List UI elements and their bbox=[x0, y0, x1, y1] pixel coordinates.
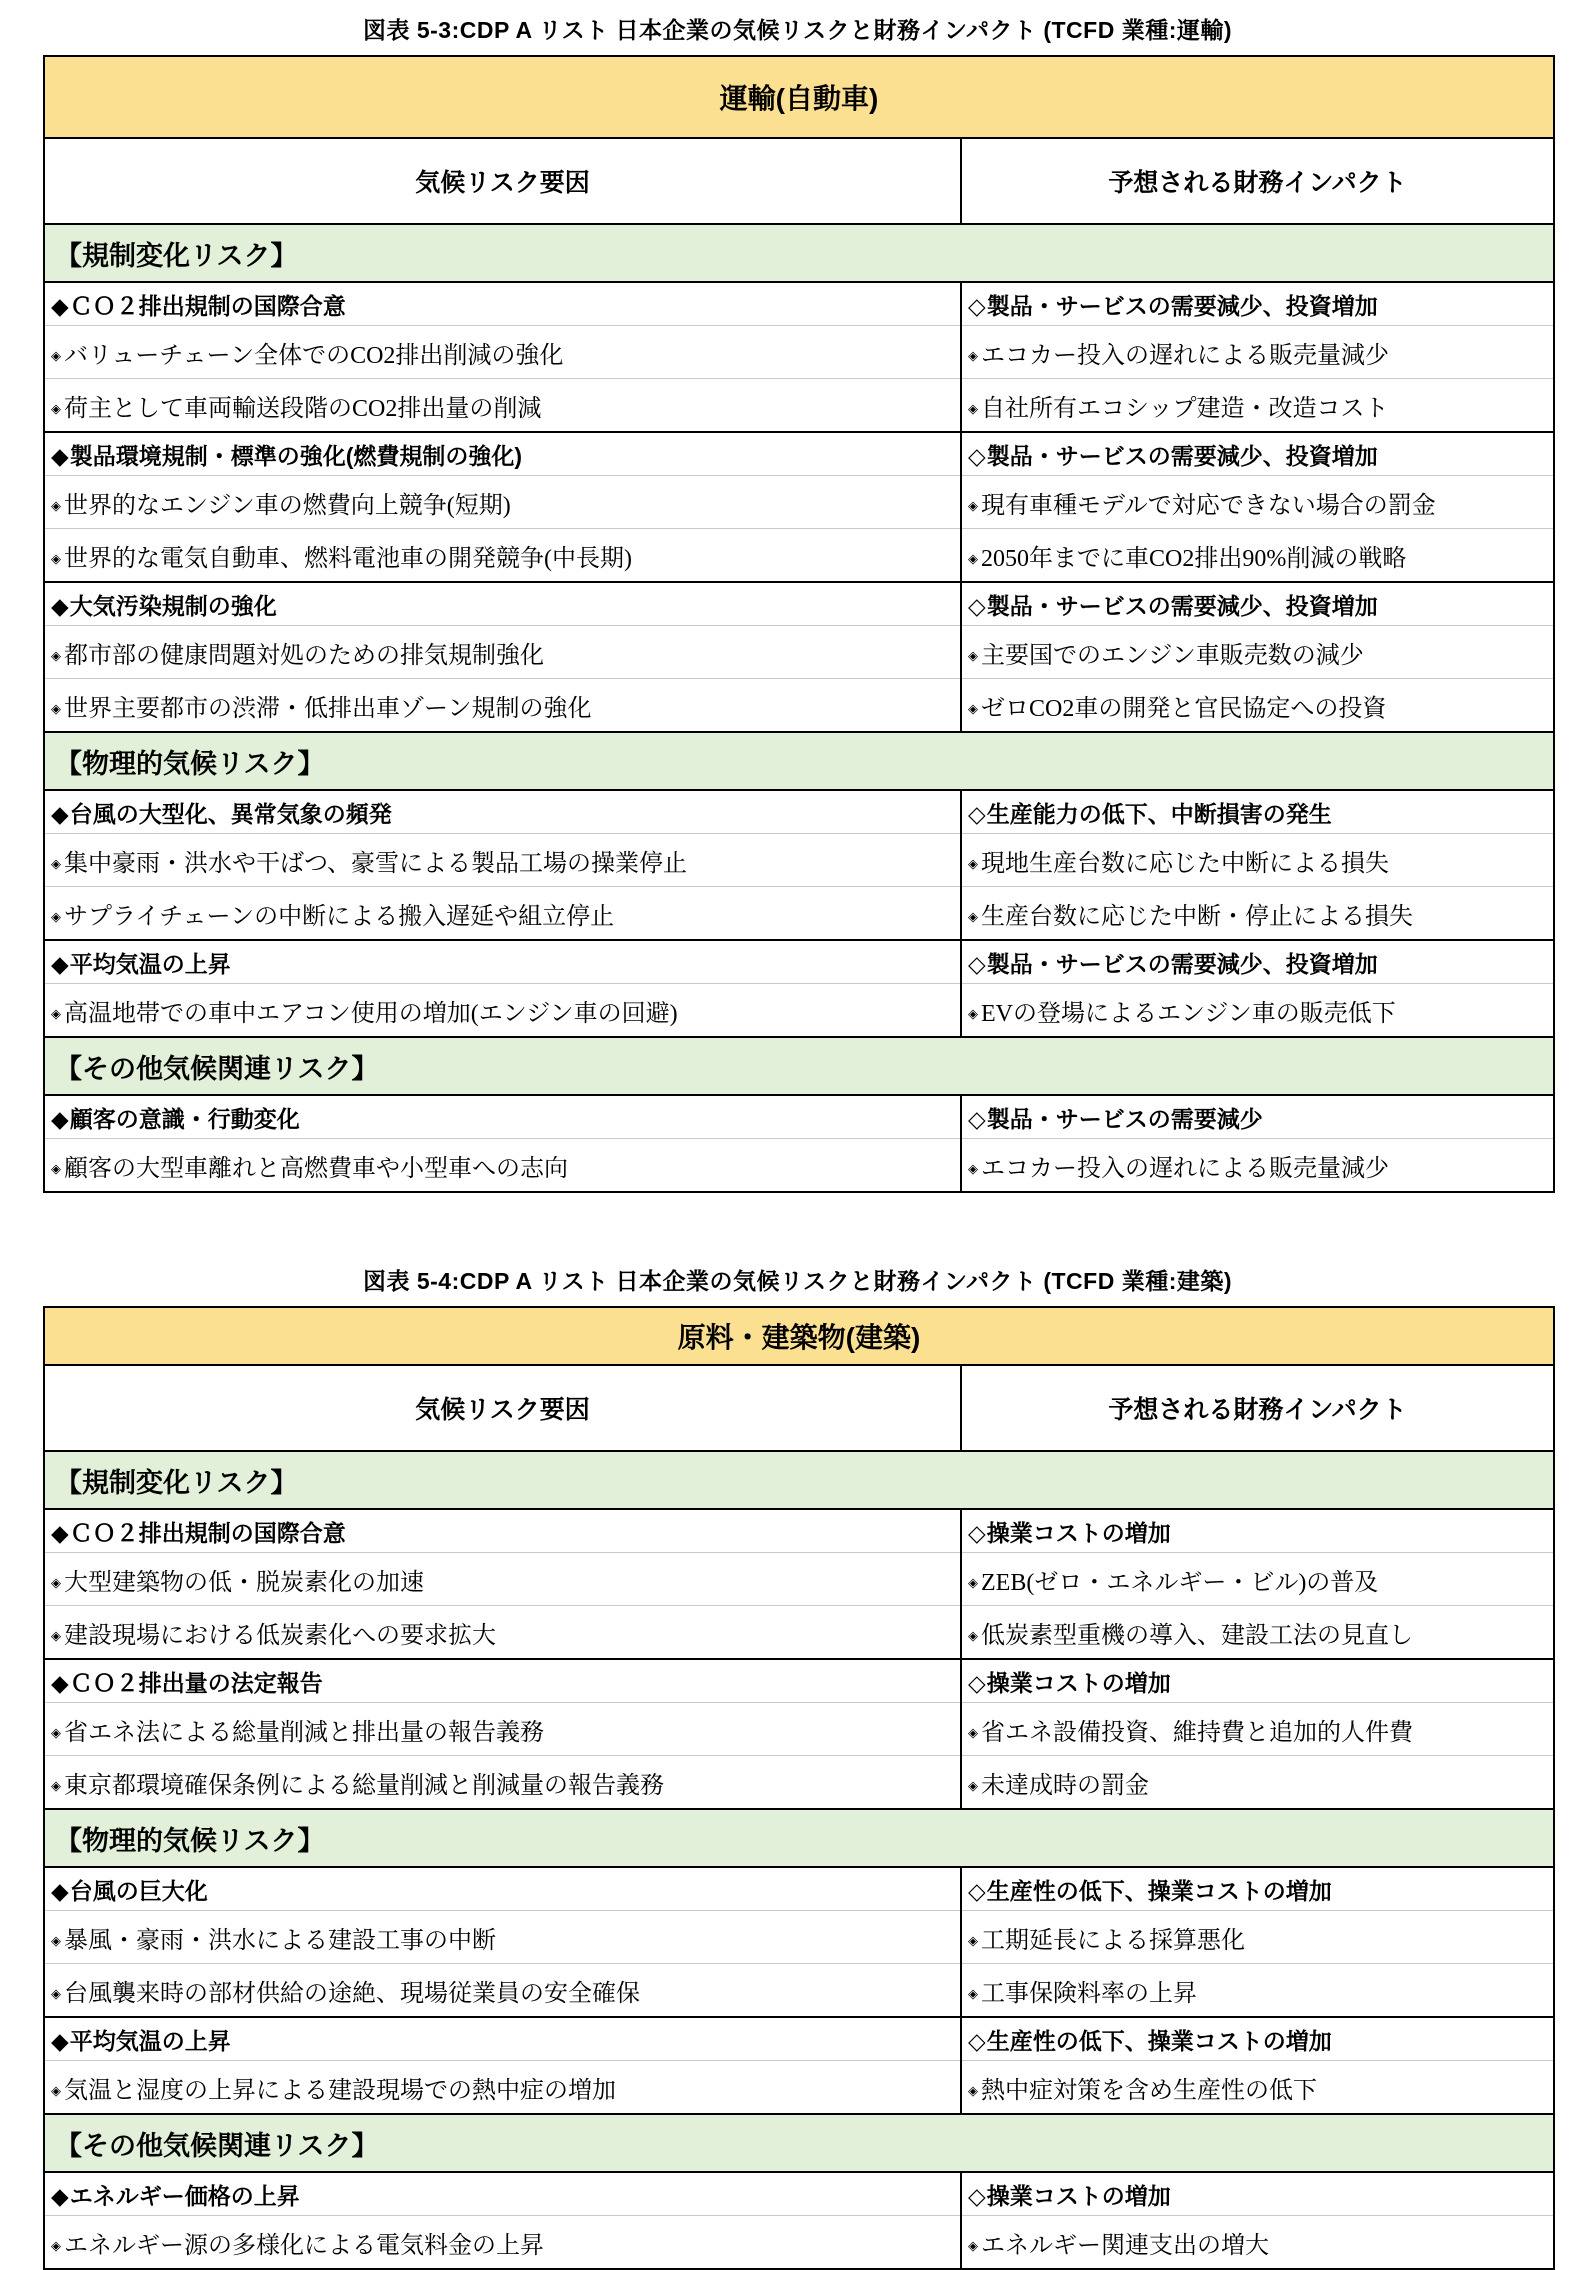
section-header-label: 【規制変化リスク】 bbox=[44, 1451, 1554, 1509]
risk-detail-row: ◈高温地帯での車中エアコン使用の増加(エンジン車の回避)◈EVの登場によるエンジ… bbox=[44, 984, 1554, 1038]
risk-factor-cell: ◈台風襲来時の部材供給の途絶、現場従業員の安全確保 bbox=[44, 1964, 961, 2018]
cell-text: ZEB(ゼロ・エネルギー・ビル)の普及 bbox=[981, 1570, 1378, 1596]
section-header-row: 【物理的気候リスク】 bbox=[44, 1809, 1554, 1867]
small-diamond-bullet-icon: ◈ bbox=[51, 857, 61, 872]
small-diamond-bullet-icon: ◈ bbox=[51, 702, 61, 717]
risk-category-row: ◆平均気温の上昇◇生産性の低下、操業コストの増加 bbox=[44, 2017, 1554, 2061]
financial-impact-cell: ◈省エネ設備投資、維持費と追加的人件費 bbox=[961, 1703, 1554, 1756]
cell-text: 熱中症対策を含め生産性の低下 bbox=[981, 2078, 1317, 2104]
risk-detail-row: ◈世界主要都市の渋滞・低排出車ゾーン規制の強化◈ゼロCO2車の開発と官民協定への… bbox=[44, 679, 1554, 733]
risk-factor-cell: ◈エネルギー源の多様化による電気料金の上昇 bbox=[44, 2216, 961, 2270]
financial-impact-cell: ◈エコカー投入の遅れによる販売量減少 bbox=[961, 326, 1554, 379]
section-header-label: 【物理的気候リスク】 bbox=[44, 1809, 1554, 1867]
small-diamond-bullet-icon: ◈ bbox=[968, 702, 978, 717]
black-diamond-icon: ◆ bbox=[51, 593, 69, 619]
risk-factor-cell: ◈集中豪雨・洪水や干ばつ、豪雪による製品工場の操業停止 bbox=[44, 834, 961, 887]
risk-detail-row: ◈東京都環境確保条例による総量削減と削減量の報告義務◈未達成時の罰金 bbox=[44, 1756, 1554, 1810]
white-diamond-icon: ◇ bbox=[968, 951, 986, 977]
figure-caption-5-3: 図表 5-3:CDP A リスト 日本企業の気候リスクと財務インパクト (TCF… bbox=[0, 0, 1595, 45]
cell-text: 操業コストの増加 bbox=[987, 1520, 1171, 1546]
financial-impact-cell: ◈自社所有エコシップ建造・改造コスト bbox=[961, 379, 1554, 433]
small-diamond-bullet-icon: ◈ bbox=[51, 402, 61, 417]
cell-text: エネルギー価格の上昇 bbox=[70, 2183, 300, 2209]
cell-text: 自社所有エコシップ建造・改造コスト bbox=[981, 396, 1389, 422]
small-diamond-bullet-icon: ◈ bbox=[968, 1007, 978, 1022]
financial-impact-cell: ◈主要国でのエンジン車販売数の減少 bbox=[961, 626, 1554, 679]
risk-category-row: ◆エネルギー価格の上昇◇操業コストの増加 bbox=[44, 2172, 1554, 2216]
risk-detail-row: ◈省エネ法による総量削減と排出量の報告義務◈省エネ設備投資、維持費と追加的人件費 bbox=[44, 1703, 1554, 1756]
figure-caption-5-4: 図表 5-4:CDP A リスト 日本企業の気候リスクと財務インパクト (TCF… bbox=[0, 1251, 1595, 1296]
document-page: { "colors":{ "band_yellow":"#FBE092", "b… bbox=[0, 0, 1595, 2213]
cell-text: 低炭素型重機の導入、建設工法の見直し bbox=[981, 1623, 1413, 1649]
white-diamond-icon: ◇ bbox=[968, 801, 986, 827]
black-diamond-icon: ◆ bbox=[51, 2028, 69, 2054]
risk-category-row: ◆大気汚染規制の強化◇製品・サービスの需要減少、投資増加 bbox=[44, 582, 1554, 626]
white-diamond-icon: ◇ bbox=[968, 1520, 986, 1546]
sector-band-row: 原料・建築物(建築) bbox=[44, 1307, 1554, 1365]
small-diamond-bullet-icon: ◈ bbox=[51, 552, 61, 567]
black-diamond-icon: ◆ bbox=[51, 1670, 69, 1696]
small-diamond-bullet-icon: ◈ bbox=[51, 2239, 61, 2254]
financial-impact-cell: ◈生産台数に応じた中断・停止による損失 bbox=[961, 887, 1554, 941]
risk-factor-cell: ◈都市部の健康問題対処のための排気規制強化 bbox=[44, 626, 961, 679]
risk-factor-cell: ◈高温地帯での車中エアコン使用の増加(エンジン車の回避) bbox=[44, 984, 961, 1038]
cell-text: 現有車種モデルで対応できない場合の罰金 bbox=[981, 493, 1436, 519]
small-diamond-bullet-icon: ◈ bbox=[968, 1934, 978, 1949]
risk-factor-cell: ◈バリューチェーン全体でのCO2排出削減の強化 bbox=[44, 326, 961, 379]
risk-category-row: ◆台風の大型化、異常気象の頻発◇生産能力の低下、中断損害の発生 bbox=[44, 790, 1554, 834]
cell-text: 製品環境規制・標準の強化(燃費規制の強化) bbox=[70, 443, 522, 469]
cell-text: 東京都環境確保条例による総量削減と削減量の報告義務 bbox=[64, 1773, 664, 1799]
section-header-row: 【規制変化リスク】 bbox=[44, 224, 1554, 282]
small-diamond-bullet-icon: ◈ bbox=[968, 552, 978, 567]
section-header-row: 【規制変化リスク】 bbox=[44, 1451, 1554, 1509]
column-header-financial-impact: 予想される財務インパクト bbox=[961, 1365, 1554, 1451]
cell-text: 操業コストの増加 bbox=[987, 2183, 1171, 2209]
black-diamond-icon: ◆ bbox=[51, 293, 69, 319]
risk-factor-cell: ◈世界的な電気自動車、燃料電池車の開発競争(中長期) bbox=[44, 529, 961, 583]
sector-band-row: 運輸(自動車) bbox=[44, 56, 1554, 138]
cell-text: 製品・サービスの需要減少、投資増加 bbox=[987, 593, 1378, 619]
risk-category-row: ◆ＣＯ２排出規制の国際合意◇操業コストの増加 bbox=[44, 1509, 1554, 1553]
financial-impact-cell: ◇製品・サービスの需要減少、投資増加 bbox=[961, 940, 1554, 984]
risk-detail-row: ◈顧客の大型車離れと高燃費車や小型車への志向◈エコカー投入の遅れによる販売量減少 bbox=[44, 1139, 1554, 1193]
risk-detail-row: ◈都市部の健康問題対処のための排気規制強化◈主要国でのエンジン車販売数の減少 bbox=[44, 626, 1554, 679]
risk-detail-row: ◈集中豪雨・洪水や干ばつ、豪雪による製品工場の操業停止◈現地生産台数に応じた中断… bbox=[44, 834, 1554, 887]
risk-factor-cell: ◆ＣＯ２排出量の法定報告 bbox=[44, 1659, 961, 1703]
risk-detail-row: ◈サプライチェーンの中断による搬入遅延や組立停止◈生産台数に応じた中断・停止によ… bbox=[44, 887, 1554, 941]
black-diamond-icon: ◆ bbox=[51, 1106, 69, 1132]
sector-band-label: 運輸(自動車) bbox=[44, 56, 1554, 138]
financial-impact-cell: ◇生産性の低下、操業コストの増加 bbox=[961, 2017, 1554, 2061]
section-header-row: 【その他気候関連リスク】 bbox=[44, 1037, 1554, 1095]
small-diamond-bullet-icon: ◈ bbox=[968, 1629, 978, 1644]
cell-text: 生産性の低下、操業コストの増加 bbox=[987, 2028, 1332, 2054]
white-diamond-icon: ◇ bbox=[968, 1670, 986, 1696]
risk-factor-cell: ◈建設現場における低炭素化への要求拡大 bbox=[44, 1606, 961, 1660]
transport-risk-table: 運輸(自動車) 気候リスク要因 予想される財務インパクト 【規制変化リスク】◆Ｃ… bbox=[43, 55, 1555, 1193]
column-header-row: 気候リスク要因 予想される財務インパクト bbox=[44, 138, 1554, 224]
risk-detail-row: ◈暴風・豪雨・洪水による建設工事の中断◈工期延長による採算悪化 bbox=[44, 1911, 1554, 1964]
cell-text: 工事保険料率の上昇 bbox=[981, 1981, 1197, 2007]
small-diamond-bullet-icon: ◈ bbox=[51, 1987, 61, 2002]
black-diamond-icon: ◆ bbox=[51, 443, 69, 469]
cell-text: 平均気温の上昇 bbox=[70, 2028, 231, 2054]
small-diamond-bullet-icon: ◈ bbox=[968, 1987, 978, 2002]
financial-impact-cell: ◈EVの登場によるエンジン車の販売低下 bbox=[961, 984, 1554, 1038]
cell-text: エネルギー関連支出の増大 bbox=[981, 2233, 1269, 2259]
risk-detail-row: ◈世界的なエンジン車の燃費向上競争(短期)◈現有車種モデルで対応できない場合の罰… bbox=[44, 476, 1554, 529]
small-diamond-bullet-icon: ◈ bbox=[968, 1726, 978, 1741]
small-diamond-bullet-icon: ◈ bbox=[968, 349, 978, 364]
cell-text: 大型建築物の低・脱炭素化の加速 bbox=[64, 1570, 424, 1596]
cell-text: 世界主要都市の渋滞・低排出車ゾーン規制の強化 bbox=[64, 696, 592, 722]
small-diamond-bullet-icon: ◈ bbox=[968, 1779, 978, 1794]
cell-text: 暴風・豪雨・洪水による建設工事の中断 bbox=[64, 1928, 496, 1954]
small-diamond-bullet-icon: ◈ bbox=[51, 1629, 61, 1644]
black-diamond-icon: ◆ bbox=[51, 801, 69, 827]
column-header-risk-factor: 気候リスク要因 bbox=[44, 1365, 961, 1451]
small-diamond-bullet-icon: ◈ bbox=[51, 1007, 61, 1022]
cell-text: 省エネ法による総量削減と排出量の報告義務 bbox=[64, 1720, 544, 1746]
cell-text: 台風の巨大化 bbox=[70, 1878, 208, 1904]
risk-factor-cell: ◆ＣＯ２排出規制の国際合意 bbox=[44, 1509, 961, 1553]
risk-category-row: ◆顧客の意識・行動変化◇製品・サービスの需要減少 bbox=[44, 1095, 1554, 1139]
risk-factor-cell: ◈気温と湿度の上昇による建設現場での熱中症の増加 bbox=[44, 2061, 961, 2115]
financial-impact-cell: ◇生産能力の低下、中断損害の発生 bbox=[961, 790, 1554, 834]
section-header-label: 【その他気候関連リスク】 bbox=[44, 1037, 1554, 1095]
cell-text: 省エネ設備投資、維持費と追加的人件費 bbox=[981, 1720, 1413, 1746]
financial-impact-cell: ◈工事保険料率の上昇 bbox=[961, 1964, 1554, 2018]
risk-factor-cell: ◆平均気温の上昇 bbox=[44, 940, 961, 984]
cell-text: 現地生産台数に応じた中断による損失 bbox=[981, 851, 1389, 877]
small-diamond-bullet-icon: ◈ bbox=[51, 910, 61, 925]
financial-impact-cell: ◈低炭素型重機の導入、建設工法の見直し bbox=[961, 1606, 1554, 1660]
cell-text: 主要国でのエンジン車販売数の減少 bbox=[981, 643, 1364, 669]
small-diamond-bullet-icon: ◈ bbox=[968, 402, 978, 417]
cell-text: バリューチェーン全体でのCO2排出削減の強化 bbox=[64, 343, 563, 369]
financial-impact-cell: ◇製品・サービスの需要減少 bbox=[961, 1095, 1554, 1139]
sector-band-label: 原料・建築物(建築) bbox=[44, 1307, 1554, 1365]
cell-text: 顧客の大型車離れと高燃費車や小型車への志向 bbox=[64, 1156, 568, 1182]
small-diamond-bullet-icon: ◈ bbox=[51, 349, 61, 364]
risk-factor-cell: ◆エネルギー価格の上昇 bbox=[44, 2172, 961, 2216]
construction-risk-table: 原料・建築物(建築) 気候リスク要因 予想される財務インパクト 【規制変化リスク… bbox=[43, 1306, 1555, 2270]
risk-factor-cell: ◆台風の大型化、異常気象の頻発 bbox=[44, 790, 961, 834]
cell-text: 製品・サービスの需要減少 bbox=[987, 1106, 1263, 1132]
risk-category-row: ◆製品環境規制・標準の強化(燃費規制の強化)◇製品・サービスの需要減少、投資増加 bbox=[44, 432, 1554, 476]
financial-impact-cell: ◇生産性の低下、操業コストの増加 bbox=[961, 1867, 1554, 1911]
financial-impact-cell: ◈エコカー投入の遅れによる販売量減少 bbox=[961, 1139, 1554, 1193]
risk-detail-row: ◈荷主として車両輸送段階のCO2排出量の削減◈自社所有エコシップ建造・改造コスト bbox=[44, 379, 1554, 433]
risk-detail-row: ◈台風襲来時の部材供給の途絶、現場従業員の安全確保◈工事保険料率の上昇 bbox=[44, 1964, 1554, 2018]
white-diamond-icon: ◇ bbox=[968, 2183, 986, 2209]
financial-impact-cell: ◈工期延長による採算悪化 bbox=[961, 1911, 1554, 1964]
cell-text: 高温地帯での車中エアコン使用の増加(エンジン車の回避) bbox=[64, 1001, 678, 1027]
financial-impact-cell: ◈ZEB(ゼロ・エネルギー・ビル)の普及 bbox=[961, 1553, 1554, 1606]
black-diamond-icon: ◆ bbox=[51, 1878, 69, 1904]
financial-impact-cell: ◈現有車種モデルで対応できない場合の罰金 bbox=[961, 476, 1554, 529]
small-diamond-bullet-icon: ◈ bbox=[51, 1726, 61, 1741]
risk-category-row: ◆平均気温の上昇◇製品・サービスの需要減少、投資増加 bbox=[44, 940, 1554, 984]
cell-text: 平均気温の上昇 bbox=[70, 951, 231, 977]
financial-impact-cell: ◈未達成時の罰金 bbox=[961, 1756, 1554, 1810]
cell-text: ＣＯ２排出量の法定報告 bbox=[70, 1670, 323, 1696]
white-diamond-icon: ◇ bbox=[968, 593, 986, 619]
risk-category-row: ◆台風の巨大化◇生産性の低下、操業コストの増加 bbox=[44, 1867, 1554, 1911]
risk-factor-cell: ◈サプライチェーンの中断による搬入遅延や組立停止 bbox=[44, 887, 961, 941]
risk-category-row: ◆ＣＯ２排出規制の国際合意◇製品・サービスの需要減少、投資増加 bbox=[44, 282, 1554, 326]
cell-text: 操業コストの増加 bbox=[987, 1670, 1171, 1696]
risk-factor-cell: ◈世界的なエンジン車の燃費向上競争(短期) bbox=[44, 476, 961, 529]
black-diamond-icon: ◆ bbox=[51, 951, 69, 977]
risk-factor-cell: ◈東京都環境確保条例による総量削減と削減量の報告義務 bbox=[44, 1756, 961, 1810]
transport-table-body: 運輸(自動車) 気候リスク要因 予想される財務インパクト 【規制変化リスク】◆Ｃ… bbox=[44, 56, 1554, 1192]
risk-factor-cell: ◈世界主要都市の渋滞・低排出車ゾーン規制の強化 bbox=[44, 679, 961, 733]
black-diamond-icon: ◆ bbox=[51, 2183, 69, 2209]
cell-text: ＣＯ２排出規制の国際合意 bbox=[70, 293, 346, 319]
financial-impact-cell: ◈現地生産台数に応じた中断による損失 bbox=[961, 834, 1554, 887]
cell-text: ゼロCO2車の開発と官民協定への投資 bbox=[981, 696, 1386, 722]
financial-impact-cell: ◇操業コストの増加 bbox=[961, 2172, 1554, 2216]
financial-impact-cell: ◇操業コストの増加 bbox=[961, 1509, 1554, 1553]
white-diamond-icon: ◇ bbox=[968, 443, 986, 469]
risk-factor-cell: ◆顧客の意識・行動変化 bbox=[44, 1095, 961, 1139]
small-diamond-bullet-icon: ◈ bbox=[968, 1162, 978, 1177]
financial-impact-cell: ◇製品・サービスの需要減少、投資増加 bbox=[961, 582, 1554, 626]
financial-impact-cell: ◈ゼロCO2車の開発と官民協定への投資 bbox=[961, 679, 1554, 733]
section-header-row: 【物理的気候リスク】 bbox=[44, 732, 1554, 790]
risk-detail-row: ◈エネルギー源の多様化による電気料金の上昇◈エネルギー関連支出の増大 bbox=[44, 2216, 1554, 2270]
cell-text: 集中豪雨・洪水や干ばつ、豪雪による製品工場の操業停止 bbox=[64, 851, 687, 877]
small-diamond-bullet-icon: ◈ bbox=[51, 649, 61, 664]
small-diamond-bullet-icon: ◈ bbox=[51, 1576, 61, 1591]
small-diamond-bullet-icon: ◈ bbox=[968, 649, 978, 664]
section-header-label: 【規制変化リスク】 bbox=[44, 224, 1554, 282]
cell-text: 製品・サービスの需要減少、投資増加 bbox=[987, 951, 1378, 977]
risk-factor-cell: ◈大型建築物の低・脱炭素化の加速 bbox=[44, 1553, 961, 1606]
cell-text: 台風襲来時の部材供給の途絶、現場従業員の安全確保 bbox=[64, 1981, 640, 2007]
risk-detail-row: ◈建設現場における低炭素化への要求拡大◈低炭素型重機の導入、建設工法の見直し bbox=[44, 1606, 1554, 1660]
cell-text: 荷主として車両輸送段階のCO2排出量の削減 bbox=[64, 396, 541, 422]
cell-text: 生産能力の低下、中断損害の発生 bbox=[987, 801, 1332, 827]
risk-detail-row: ◈大型建築物の低・脱炭素化の加速◈ZEB(ゼロ・エネルギー・ビル)の普及 bbox=[44, 1553, 1554, 1606]
construction-table-body: 原料・建築物(建築) 気候リスク要因 予想される財務インパクト 【規制変化リスク… bbox=[44, 1307, 1554, 2269]
financial-impact-cell: ◇製品・サービスの需要減少、投資増加 bbox=[961, 432, 1554, 476]
cell-text: 製品・サービスの需要減少、投資増加 bbox=[987, 293, 1378, 319]
small-diamond-bullet-icon: ◈ bbox=[968, 857, 978, 872]
small-diamond-bullet-icon: ◈ bbox=[968, 499, 978, 514]
cell-text: 気温と湿度の上昇による建設現場での熱中症の増加 bbox=[64, 2078, 616, 2104]
section-header-label: 【物理的気候リスク】 bbox=[44, 732, 1554, 790]
small-diamond-bullet-icon: ◈ bbox=[51, 1779, 61, 1794]
risk-detail-row: ◈世界的な電気自動車、燃料電池車の開発競争(中長期)◈2050年までに車CO2排… bbox=[44, 529, 1554, 583]
small-diamond-bullet-icon: ◈ bbox=[968, 2239, 978, 2254]
cell-text: 台風の大型化、異常気象の頻発 bbox=[70, 801, 392, 827]
risk-category-row: ◆ＣＯ２排出量の法定報告◇操業コストの増加 bbox=[44, 1659, 1554, 1703]
white-diamond-icon: ◇ bbox=[968, 1106, 986, 1132]
risk-factor-cell: ◆台風の巨大化 bbox=[44, 1867, 961, 1911]
risk-factor-cell: ◈暴風・豪雨・洪水による建設工事の中断 bbox=[44, 1911, 961, 1964]
cell-text: 2050年までに車CO2排出90%削減の戦略 bbox=[981, 546, 1406, 572]
risk-factor-cell: ◆大気汚染規制の強化 bbox=[44, 582, 961, 626]
column-header-financial-impact: 予想される財務インパクト bbox=[961, 138, 1554, 224]
risk-factor-cell: ◆平均気温の上昇 bbox=[44, 2017, 961, 2061]
financial-impact-cell: ◈エネルギー関連支出の増大 bbox=[961, 2216, 1554, 2270]
risk-factor-cell: ◈省エネ法による総量削減と排出量の報告義務 bbox=[44, 1703, 961, 1756]
cell-text: 世界的なエンジン車の燃費向上競争(短期) bbox=[64, 493, 511, 519]
cell-text: ＣＯ２排出規制の国際合意 bbox=[70, 1520, 346, 1546]
section-header-label: 【その他気候関連リスク】 bbox=[44, 2114, 1554, 2172]
cell-text: 都市部の健康問題対処のための排気規制強化 bbox=[64, 643, 544, 669]
column-header-risk-factor: 気候リスク要因 bbox=[44, 138, 961, 224]
white-diamond-icon: ◇ bbox=[968, 2028, 986, 2054]
risk-detail-row: ◈バリューチェーン全体でのCO2排出削減の強化◈エコカー投入の遅れによる販売量減… bbox=[44, 326, 1554, 379]
cell-text: 大気汚染規制の強化 bbox=[70, 593, 277, 619]
black-diamond-icon: ◆ bbox=[51, 1520, 69, 1546]
risk-detail-row: ◈気温と湿度の上昇による建設現場での熱中症の増加◈熱中症対策を含め生産性の低下 bbox=[44, 2061, 1554, 2115]
cell-text: サプライチェーンの中断による搬入遅延や組立停止 bbox=[64, 904, 614, 930]
risk-factor-cell: ◆製品環境規制・標準の強化(燃費規制の強化) bbox=[44, 432, 961, 476]
risk-factor-cell: ◈顧客の大型車離れと高燃費車や小型車への志向 bbox=[44, 1139, 961, 1193]
cell-text: EVの登場によるエンジン車の販売低下 bbox=[981, 1001, 1396, 1027]
small-diamond-bullet-icon: ◈ bbox=[968, 1576, 978, 1591]
column-header-row: 気候リスク要因 予想される財務インパクト bbox=[44, 1365, 1554, 1451]
white-diamond-icon: ◇ bbox=[968, 1878, 986, 1904]
cell-text: 世界的な電気自動車、燃料電池車の開発競争(中長期) bbox=[64, 546, 632, 572]
cell-text: 建設現場における低炭素化への要求拡大 bbox=[64, 1623, 496, 1649]
small-diamond-bullet-icon: ◈ bbox=[51, 1934, 61, 1949]
white-diamond-icon: ◇ bbox=[968, 293, 986, 319]
cell-text: 顧客の意識・行動変化 bbox=[70, 1106, 300, 1132]
financial-impact-cell: ◈熱中症対策を含め生産性の低下 bbox=[961, 2061, 1554, 2115]
small-diamond-bullet-icon: ◈ bbox=[968, 2084, 978, 2099]
small-diamond-bullet-icon: ◈ bbox=[51, 2084, 61, 2099]
cell-text: エコカー投入の遅れによる販売量減少 bbox=[981, 1156, 1389, 1182]
cell-text: 未達成時の罰金 bbox=[981, 1773, 1149, 1799]
cell-text: 生産台数に応じた中断・停止による損失 bbox=[981, 904, 1413, 930]
financial-impact-cell: ◇製品・サービスの需要減少、投資増加 bbox=[961, 282, 1554, 326]
cell-text: エネルギー源の多様化による電気料金の上昇 bbox=[64, 2233, 544, 2259]
small-diamond-bullet-icon: ◈ bbox=[51, 499, 61, 514]
financial-impact-cell: ◇操業コストの増加 bbox=[961, 1659, 1554, 1703]
small-diamond-bullet-icon: ◈ bbox=[51, 1162, 61, 1177]
risk-factor-cell: ◈荷主として車両輸送段階のCO2排出量の削減 bbox=[44, 379, 961, 433]
financial-impact-cell: ◈2050年までに車CO2排出90%削減の戦略 bbox=[961, 529, 1554, 583]
cell-text: 生産性の低下、操業コストの増加 bbox=[987, 1878, 1332, 1904]
section-header-row: 【その他気候関連リスク】 bbox=[44, 2114, 1554, 2172]
small-diamond-bullet-icon: ◈ bbox=[968, 910, 978, 925]
cell-text: エコカー投入の遅れによる販売量減少 bbox=[981, 343, 1389, 369]
cell-text: 製品・サービスの需要減少、投資増加 bbox=[987, 443, 1378, 469]
risk-factor-cell: ◆ＣＯ２排出規制の国際合意 bbox=[44, 282, 961, 326]
cell-text: 工期延長による採算悪化 bbox=[981, 1928, 1245, 1954]
